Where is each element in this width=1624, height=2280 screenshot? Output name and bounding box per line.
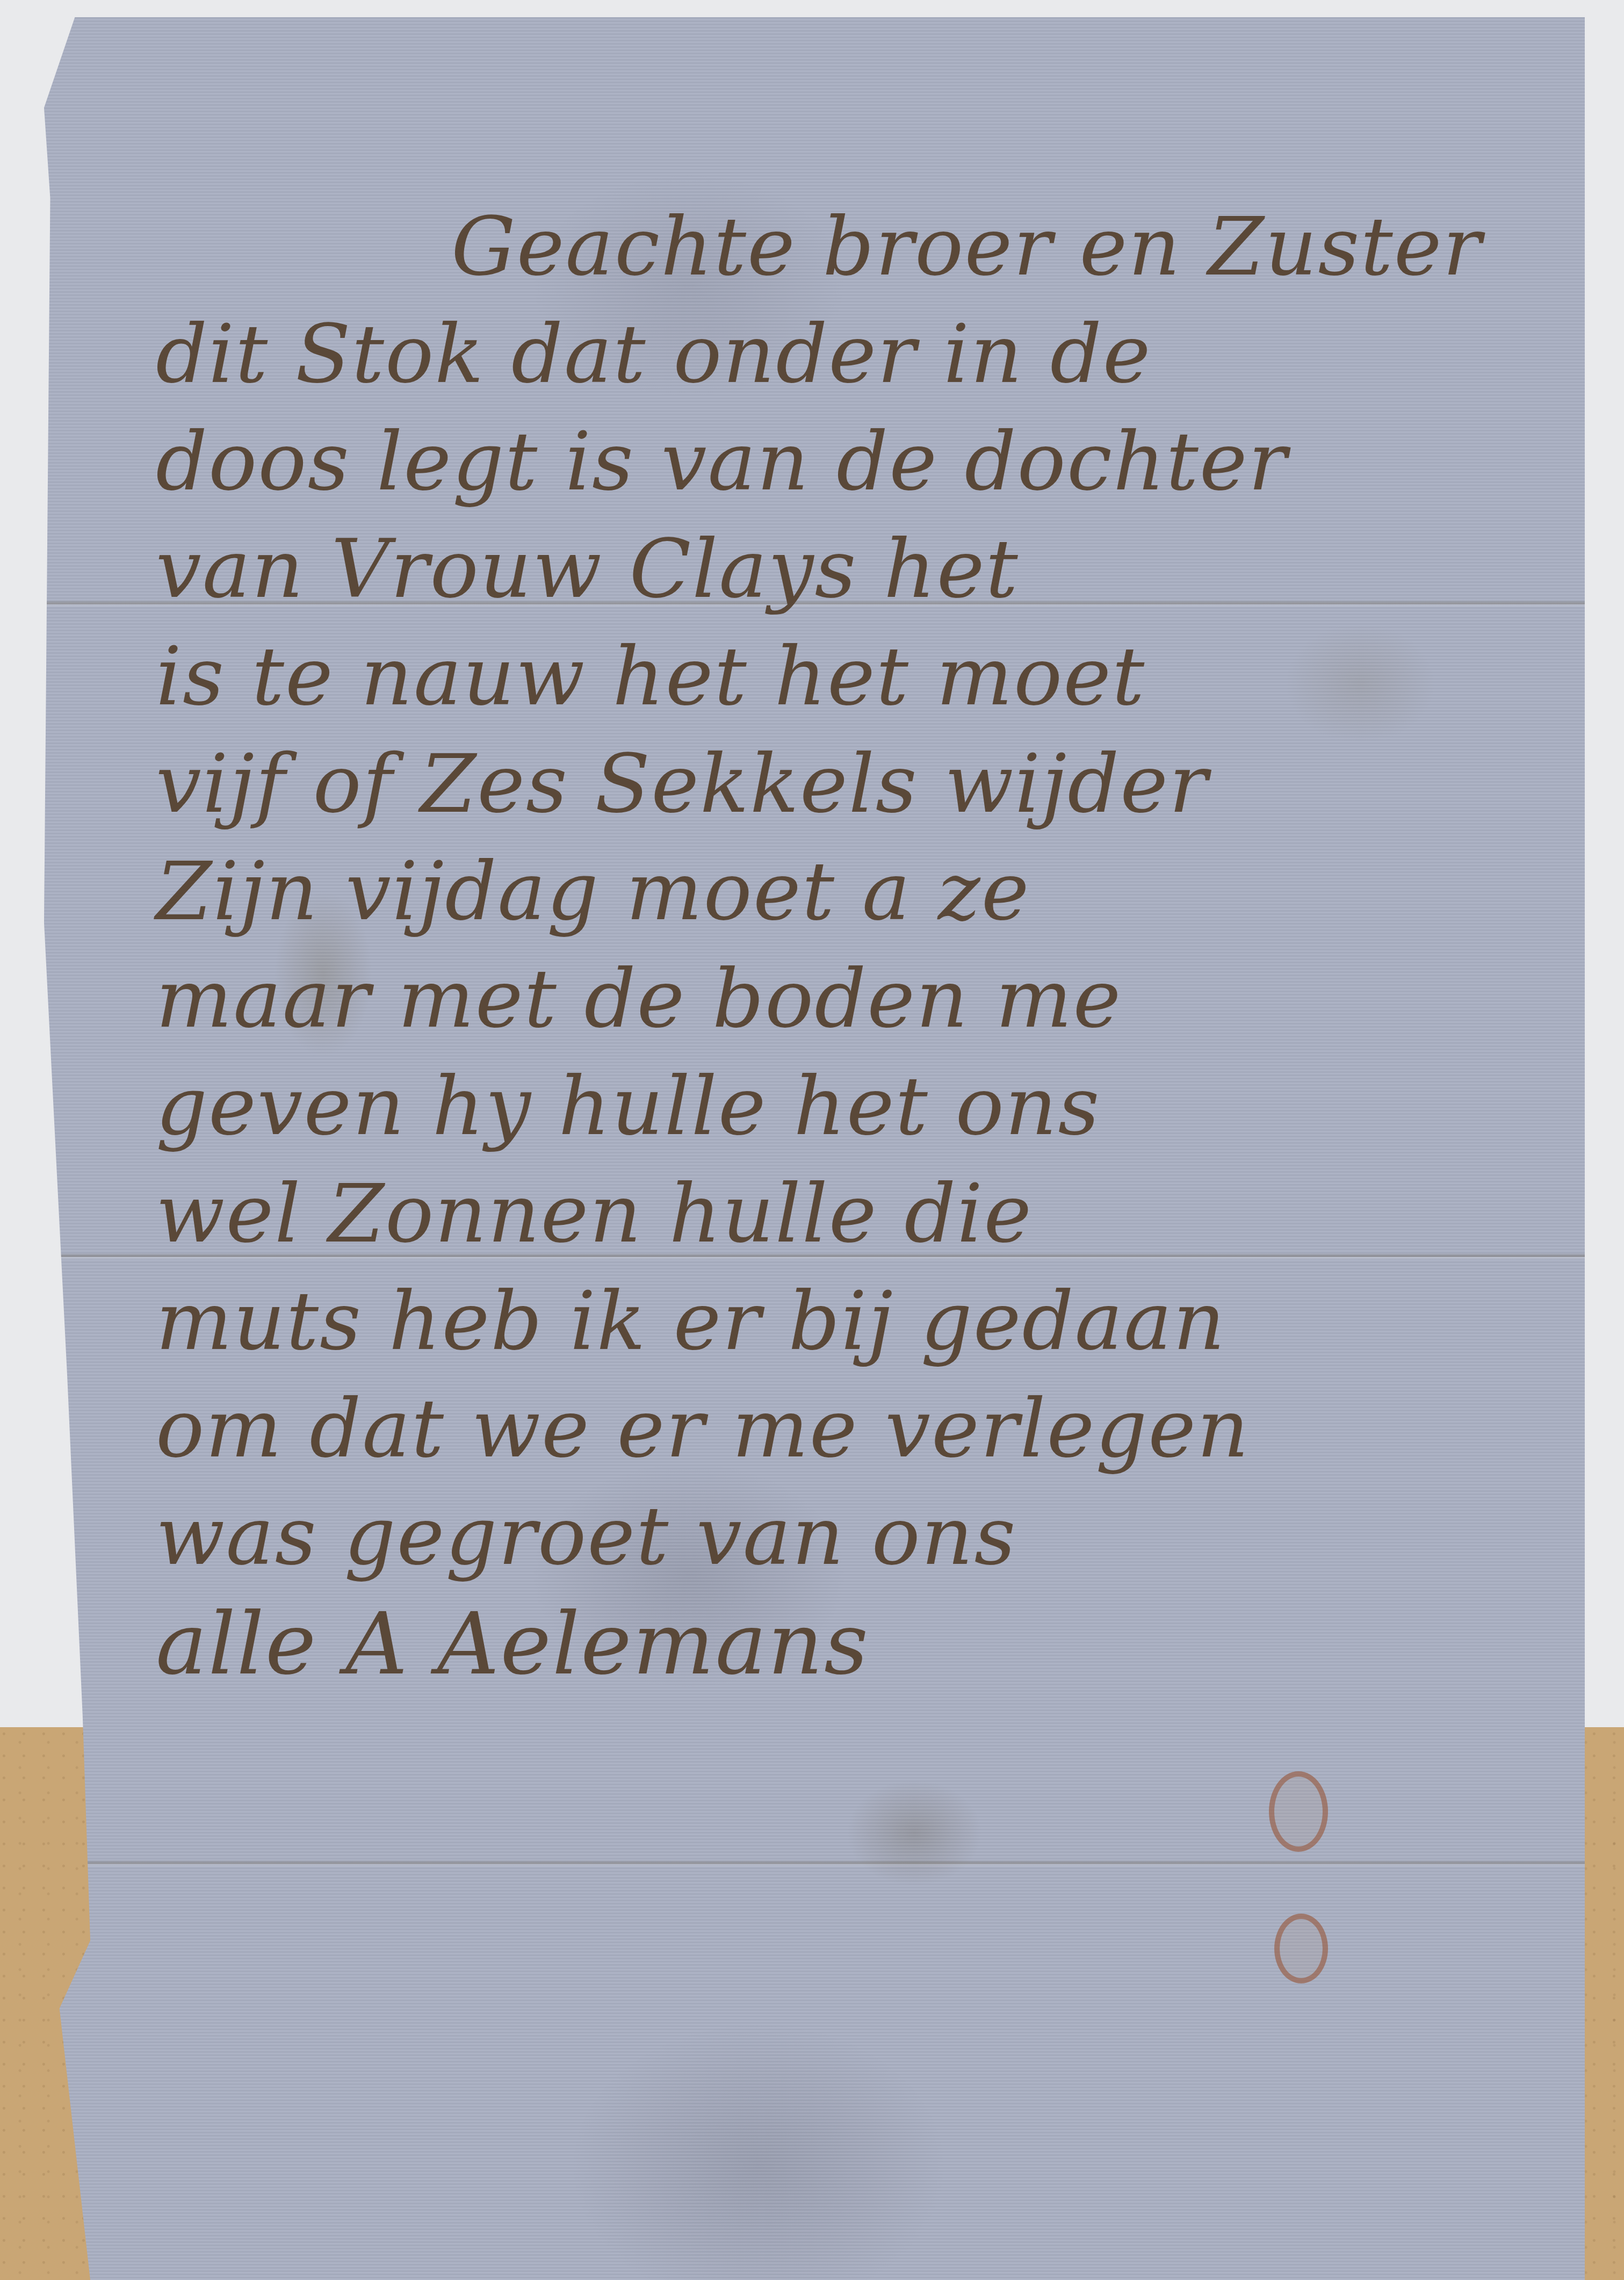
letter-line: muts heb ik er bij gedaan [156, 1268, 1553, 1375]
letter-line: dit Stok dat onder in de [156, 301, 1553, 408]
letter-line: maar met de boden me [156, 946, 1553, 1053]
letter-line: wel Zonnen hulle die [156, 1160, 1553, 1268]
letter-body: Geachte broer en Zuster dit Stok dat ond… [156, 193, 1553, 1698]
letter-line: vijf of Zes Sekkels wijder [156, 731, 1553, 838]
fold-crease [44, 1860, 1585, 1867]
letter-line: geven hy hulle het ons [156, 1053, 1553, 1160]
letter-line: van Vrouw Clays het [156, 516, 1553, 623]
signature-line: alle A Aelemans [156, 1590, 1553, 1698]
letter-line: was gegroet van ons [156, 1483, 1553, 1590]
letter-line: om dat we er me verlegen [156, 1375, 1553, 1483]
salutation-line: Geachte broer en Zuster [156, 193, 1553, 301]
rust-stain [1269, 1771, 1328, 1852]
letter-line: doos legt is van de dochter [156, 408, 1553, 516]
letter-line: is te nauw het het moet [156, 623, 1553, 731]
letter-line: Zijn vijdag moet a ze [156, 838, 1553, 946]
rust-stain [1274, 1914, 1328, 1983]
